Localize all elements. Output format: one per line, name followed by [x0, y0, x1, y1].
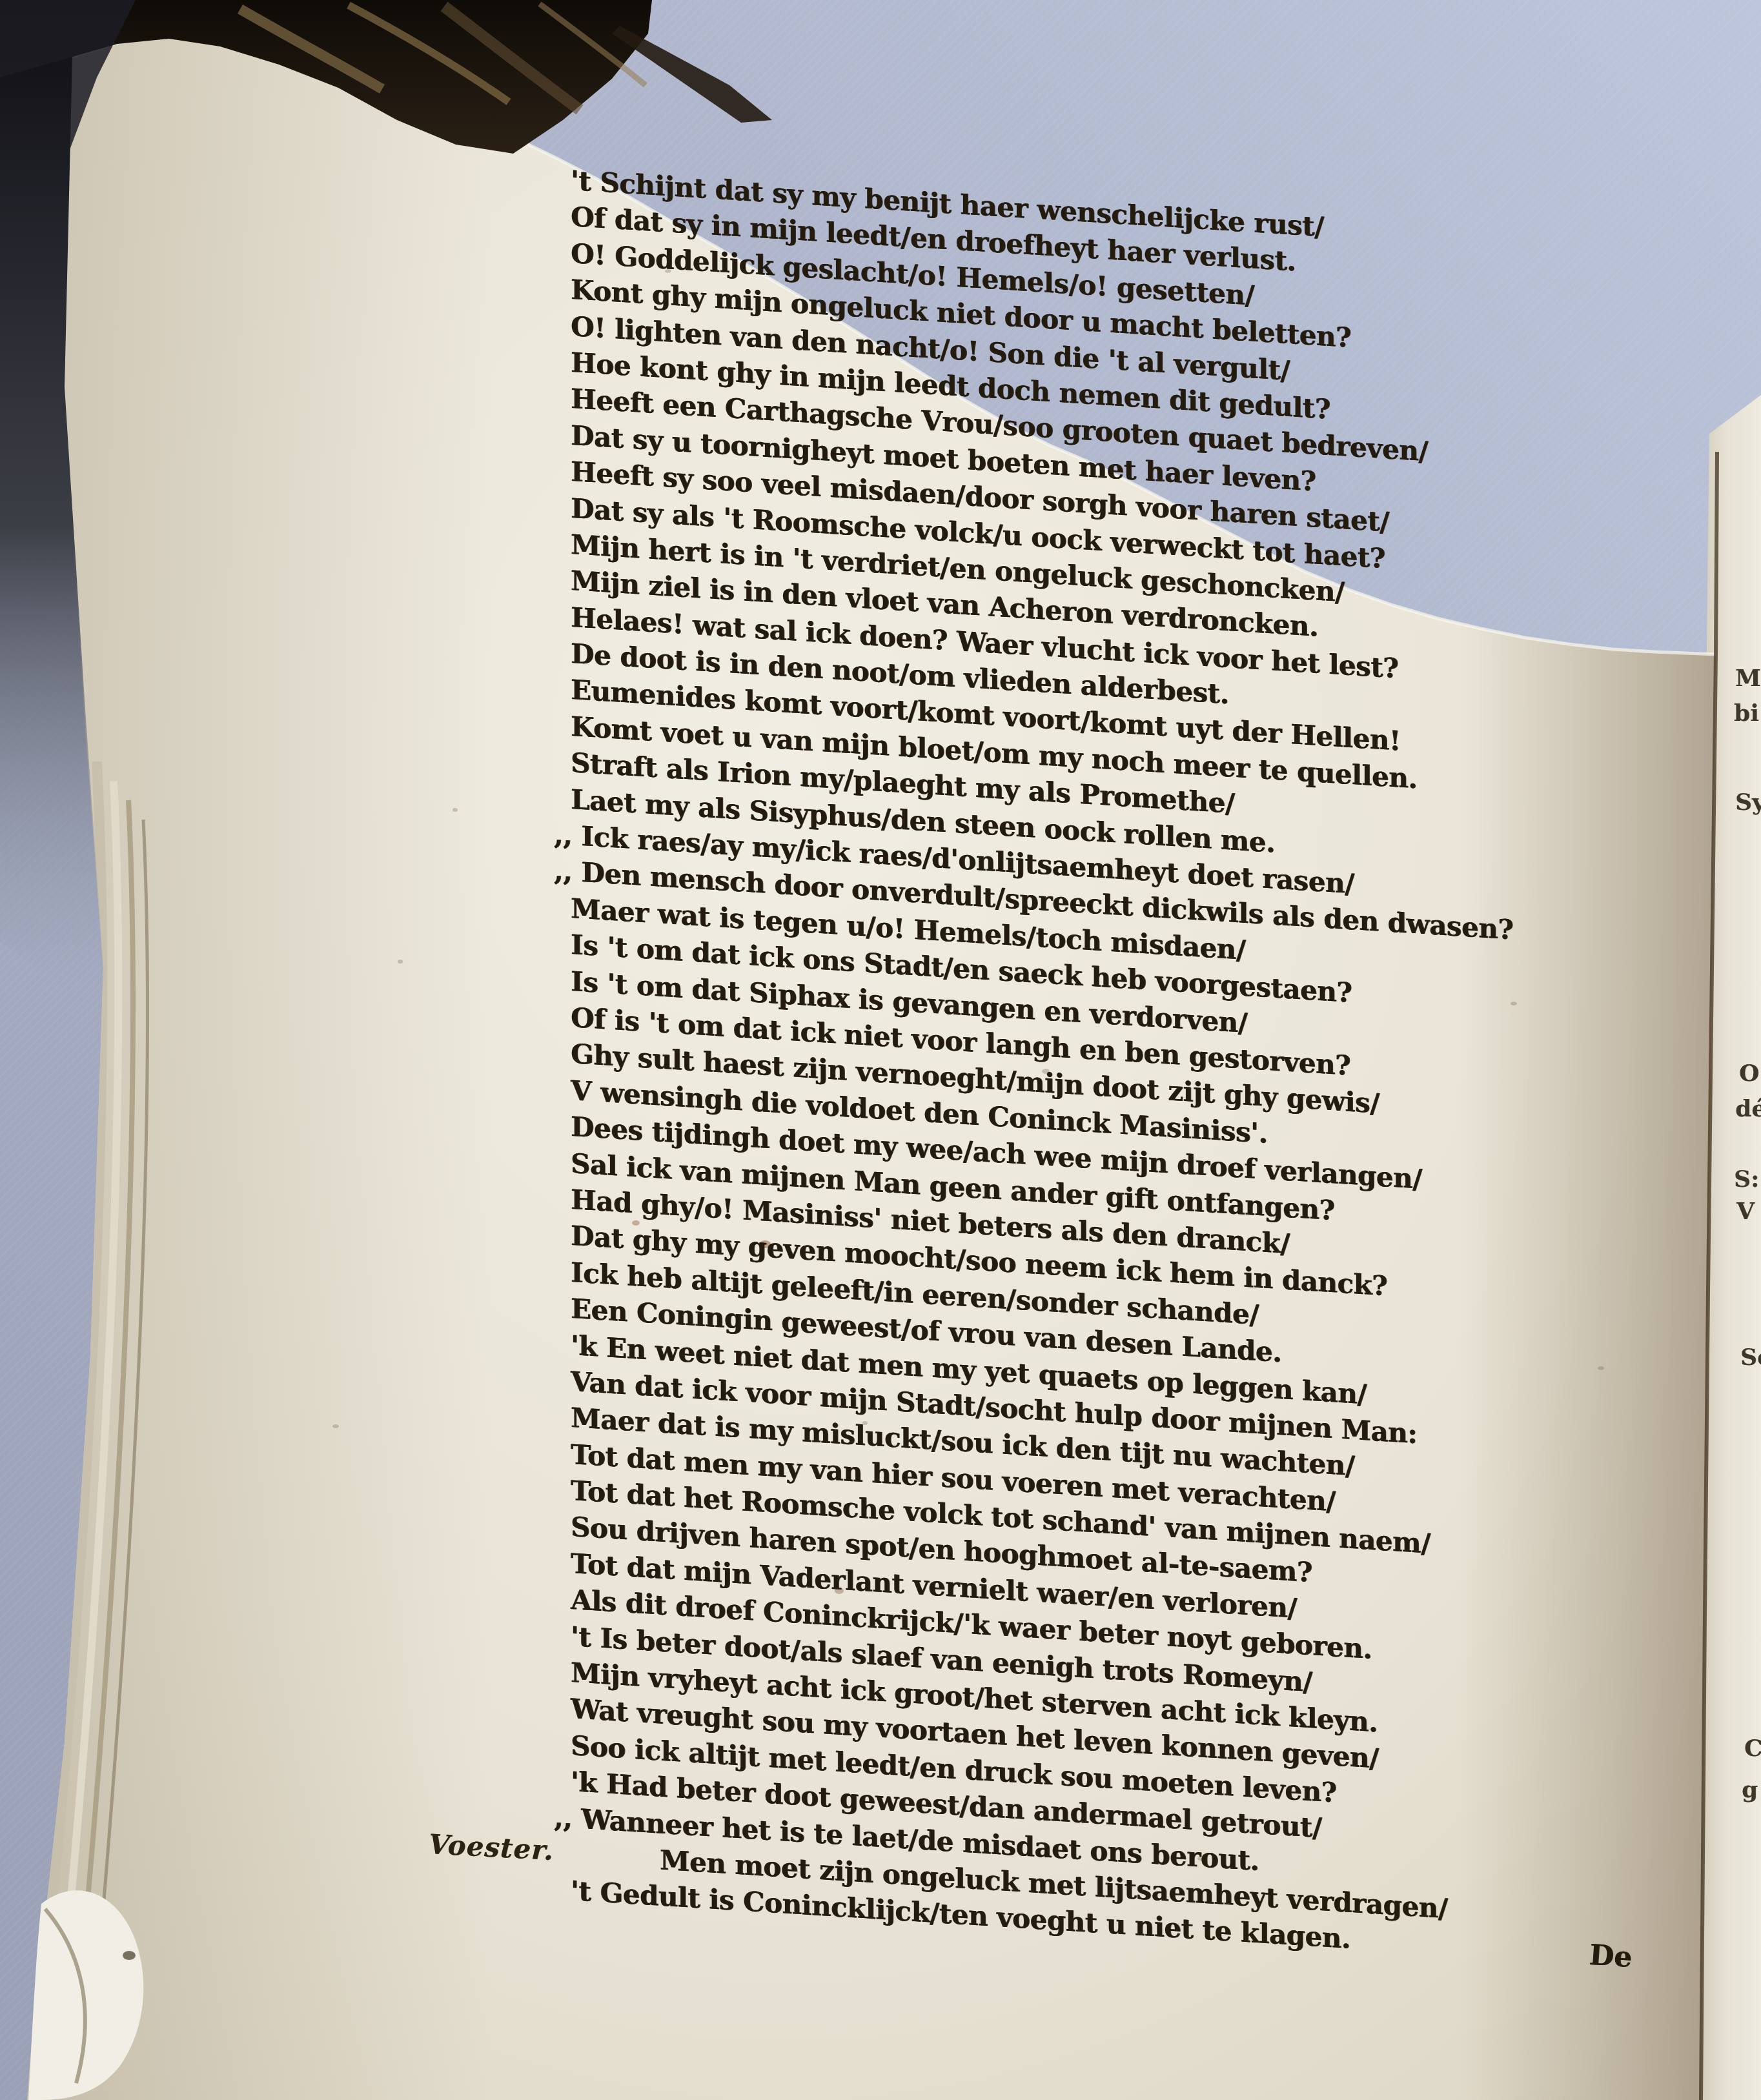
- adjacent-page-fragment: bi: [1734, 700, 1759, 727]
- adjacent-page-fragment: S:: [1734, 1166, 1759, 1193]
- catchword: De: [1588, 1939, 1633, 1974]
- book-photo: 't Schijnt dat sy my benijt haer wensche…: [0, 0, 1761, 2100]
- adjacent-page-fragment: C: [1744, 1735, 1761, 1762]
- adjacent-page-fragment: g: [1742, 1776, 1758, 1803]
- adjacent-page-fragment: Se: [1740, 1344, 1761, 1371]
- adjacent-page-fragment: dé: [1735, 1095, 1761, 1122]
- adjacent-page-fragment: Sy: [1735, 789, 1761, 816]
- adjacent-page-fragment: O: [1739, 1060, 1759, 1087]
- adjacent-page-fragment: V: [1736, 1198, 1755, 1225]
- verse-text-block: 't Schijnt dat sy my benijt haer wensche…: [571, 163, 1629, 1975]
- speaker-label: Voester.: [428, 1828, 555, 1866]
- adjacent-page-fragment: M: [1735, 665, 1761, 692]
